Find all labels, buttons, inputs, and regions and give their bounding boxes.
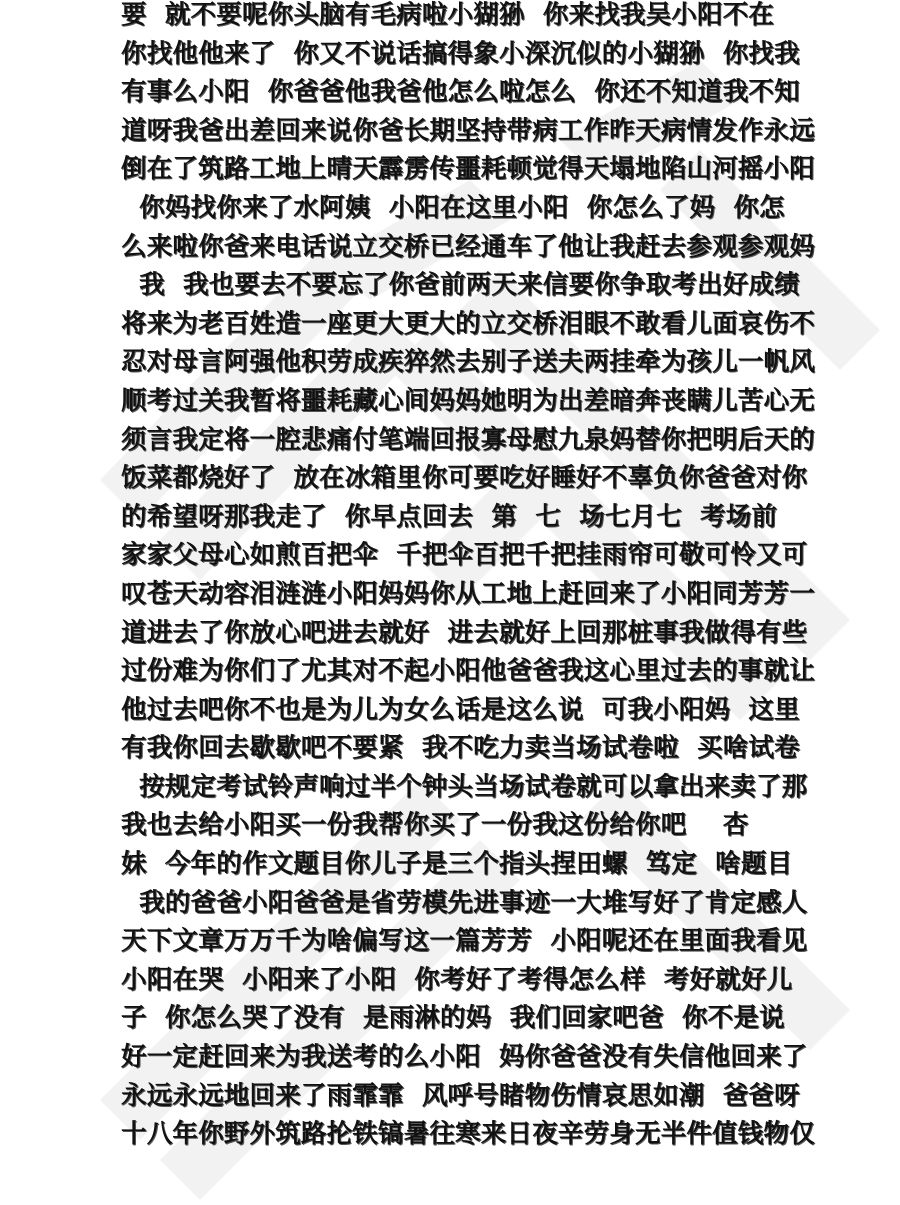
text-line: 道呀我爸出差回来说你爸长期坚持带病工作昨天病情发作永远 xyxy=(121,112,891,151)
text-line: 妹 今年的作文题目你儿子是三个指头捏田螺 笃定 啥题目 xyxy=(121,845,891,884)
text-line: 好一定赶回来为我送考的么小阳 妈你爸爸没有失信他回来了 xyxy=(121,1038,891,1077)
text-line: 有我你回去歇歇吧不要紧 我不吃力卖当场试卷啦 买啥试卷 xyxy=(121,729,891,768)
text-line: 叹苍天动容泪涟涟小阳妈妈你从工地上赶回来了小阳同芳芳一 xyxy=(121,575,891,614)
text-line: 我 我也要去不要忘了你爸前两天来信要你争取考出好成绩 xyxy=(121,266,891,305)
text-line: 过份难为你们了尤其对不起小阳他爸爸我这心里过去的事就让 xyxy=(121,652,891,691)
text-line: 倒在了筑路工地上晴天霹雳传噩耗顿觉得天塌地陷山河摇小阳 xyxy=(121,150,891,189)
text-line: 道进去了你放心吧进去就好 进去就好上回那桩事我做得有些 xyxy=(121,614,891,653)
text-line: 我也去给小阳买一份我帮你买了一份我这份给你吧 杏 xyxy=(121,806,891,845)
document-body: 要 就不要呢你头脑有毛病啦小猢狲 你来找我吴小阳不在 你找他他来了 你又不说话搞… xyxy=(121,0,891,1154)
text-line: 忍对母言阿强他积劳成疾猝然去别子送夫两挂牵为孩儿一帆风 xyxy=(121,343,891,382)
text-line: 家家父母心如煎百把伞 千把伞百把千把挂雨帘可敬可怜又可 xyxy=(121,536,891,575)
text-line: 你妈找你来了水阿姨 小阳在这里小阳 你怎么了妈 你怎 xyxy=(121,189,891,228)
text-line: 有事么小阳 你爸爸他我爸他怎么啦怎么 你还不知道我不知 xyxy=(121,73,891,112)
text-line: 的希望呀那我走了 你早点回去 第 七 场七月七 考场前 xyxy=(121,498,891,537)
text-line: 将来为老百姓造一座更大更大的立交桥泪眼不敢看儿面哀伤不 xyxy=(121,305,891,344)
text-line: 小阳在哭 小阳来了小阳 你考好了考得怎么样 考好就好儿 xyxy=(121,961,891,1000)
text-line: 子 你怎么哭了没有 是雨淋的妈 我们回家吧爸 你不是说 xyxy=(121,999,891,1038)
text-line: 十八年你野外筑路抡铁镐暑往寒来日夜辛劳身无半件值钱物仅 xyxy=(121,1115,891,1154)
text-line: 永远永远地回来了雨霏霏 风呼号睹物伤情哀思如潮 爸爸呀 xyxy=(121,1077,891,1116)
text-line: 顺考过关我暂将噩耗藏心间妈妈她明为出差暗奔丧瞒儿苦心无 xyxy=(121,382,891,421)
text-line: 么来啦你爸来电话说立交桥已经通车了他让我赶去参观参观妈 xyxy=(121,228,891,267)
text-line: 我的爸爸小阳爸爸是省劳模先进事迹一大堆写好了肯定感人 xyxy=(121,884,891,923)
text-line: 饭菜都烧好了 放在冰箱里你可要吃好睡好不辜负你爸爸对你 xyxy=(121,459,891,498)
text-line: 按规定考试铃声响过半个钟头当场试卷就可以拿出来卖了那 xyxy=(121,768,891,807)
text-line: 要 就不要呢你头脑有毛病啦小猢狲 你来找我吴小阳不在 xyxy=(121,0,891,35)
text-line: 你找他他来了 你又不说话搞得象小深沉似的小猢狲 你找我 xyxy=(121,35,891,74)
text-line: 须言我定将一腔悲痛付笔端回报寡母慰九泉妈替你把明后天的 xyxy=(121,421,891,460)
text-line: 他过去吧你不也是为儿为女么话是这么说 可我小阳妈 这里 xyxy=(121,691,891,730)
text-line: 天下文章万万千为啥偏写这一篇芳芳 小阳呢还在里面我看见 xyxy=(121,922,891,961)
